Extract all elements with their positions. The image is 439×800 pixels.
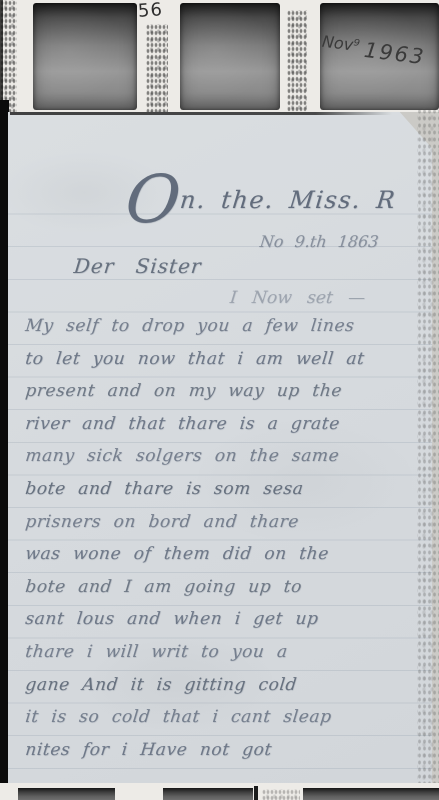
microfilm-frame [33, 3, 137, 110]
letter-line: river and that thare is a grate [23, 414, 425, 447]
microfilm-frame [180, 3, 280, 110]
letter-body: My self to drop you a few lines to let y… [23, 316, 422, 772]
film-strip-top: 56 Nov⁹ 1963 [0, 0, 439, 112]
film-sprocket-smudge [146, 24, 168, 112]
letter-line: bote and I am going up to [23, 577, 425, 610]
letter-line: to let you now that i am well at [23, 349, 425, 382]
letter-line: sant lous and when i get up [23, 609, 425, 642]
letter-heading-place: On. the. Miss. R [125, 186, 398, 214]
letter-line: many sick solgers on the same [23, 446, 425, 479]
letter-line: was wone of them did on the [23, 544, 425, 577]
microfilm-scan-page: 56 Nov⁹ 1963 On. the. Miss. R No 9.th 18… [0, 0, 439, 800]
letter-line: present and on my way up the [23, 381, 425, 414]
heading-rest: n. the. Miss. R [179, 186, 398, 214]
film-divider [254, 786, 258, 800]
letter-salutation: Der Sister [73, 254, 203, 278]
film-sprocket-smudge [262, 789, 300, 800]
photo-edge [0, 0, 3, 112]
letter-line: My self to drop you a few lines [23, 316, 425, 349]
letter-line: prisners on bord and thare [23, 512, 425, 545]
film-strip-bottom [0, 783, 439, 800]
heading-initial-flourish: O [122, 161, 184, 238]
letter-line: bote and thare is som sesa [23, 479, 425, 512]
letter-line: gane And it is gitting cold [23, 675, 425, 708]
film-date-month: Nov⁹ [321, 32, 361, 55]
letter-line: nites for i Have not got [23, 740, 425, 773]
letter-opening-line: I Now set — [229, 288, 366, 308]
letter-paper: On. the. Miss. R No 9.th 1863 Der Sister… [8, 112, 432, 783]
microfilm-frame [18, 788, 115, 800]
letter-line: it is so cold that i cant sleap [23, 707, 425, 740]
film-sprocket-smudge [287, 10, 307, 112]
microfilm-frame [303, 788, 439, 800]
paper-edge-grain [417, 108, 439, 792]
letter-line: thare i will writ to you a [23, 642, 425, 675]
letter-heading-date: No 9.th 1863 [259, 232, 380, 251]
frame-number-annotation: 56 [137, 0, 163, 22]
photo-edge [0, 100, 9, 800]
microfilm-frame [163, 788, 253, 800]
paper-top-edge-shadow [10, 112, 392, 115]
